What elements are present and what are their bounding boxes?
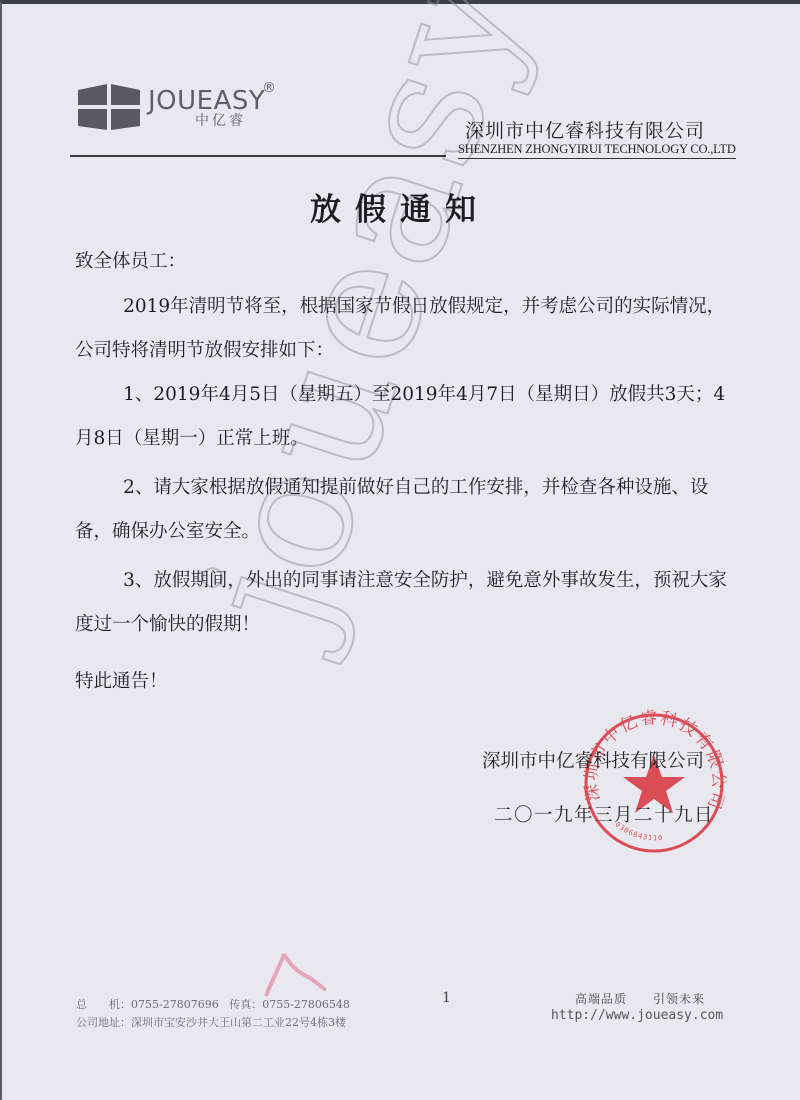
fax-number: 0755-27806548 xyxy=(262,998,350,1011)
address-label: 公司地址： xyxy=(76,1016,131,1029)
footer-phone: 总 机：0755-27807696 传真：0755-27806548 xyxy=(76,996,350,1012)
registered-mark: ® xyxy=(262,80,276,96)
company-name-cn: 深圳市中亿睿科技有限公司 xyxy=(465,116,705,143)
notice-item-3: 3、放假期间，外出的同事请注意安全防护，避免意外事故发生，预祝大家度过一个愉快的… xyxy=(75,559,735,647)
fax-label: 传真： xyxy=(229,998,262,1011)
notice-item-2: 2、请大家根据放假通知提前做好自己的工作安排，并检查各种设施、设备，确保办公室安… xyxy=(75,466,735,554)
footer-website: http://www.joueasy.com xyxy=(551,1008,723,1023)
footer-address: 公司地址：深圳市宝安沙井大王山第二工业22号4栋3楼 xyxy=(76,1014,346,1030)
window-grid-icon xyxy=(76,82,142,132)
tel-label: 总 机： xyxy=(76,998,131,1011)
document-title: 放假通知 xyxy=(0,184,800,229)
signature-date: 二〇一九年三月二十九日 xyxy=(494,801,714,827)
logo-chinese: 中亿睿 xyxy=(195,110,246,130)
tel-number: 0755-27807696 xyxy=(131,998,219,1011)
notice-item-1: 1、2019年4月5日（星期五）至2019年4月7日（星期日）放假共3天；4月8… xyxy=(75,373,735,461)
footer-slogan: 高端品质 引领未来 xyxy=(575,990,705,1007)
salutation: 致全体员工： xyxy=(75,240,735,284)
page-number: 1 xyxy=(442,990,451,1006)
signature-company: 深圳市中亿睿科技有限公司 xyxy=(482,747,704,773)
ink-smudge xyxy=(260,952,330,1002)
intro-paragraph: 2019年清明节将至，根据国家节假日放假规定，并考虑公司的实际情况，公司特将清明… xyxy=(75,285,735,373)
header-divider xyxy=(70,155,446,157)
closing-line: 特此通告！ xyxy=(75,660,735,704)
company-name-en: SHENZHEN ZHONGYIRUI TECHNOLOGY CO.,LTD xyxy=(458,142,736,159)
address-value: 深圳市宝安沙井大王山第二工业22号4栋3楼 xyxy=(131,1016,346,1029)
company-seal-stamp: 深圳市中亿睿科技有限公司 0306843110 xyxy=(570,705,735,855)
